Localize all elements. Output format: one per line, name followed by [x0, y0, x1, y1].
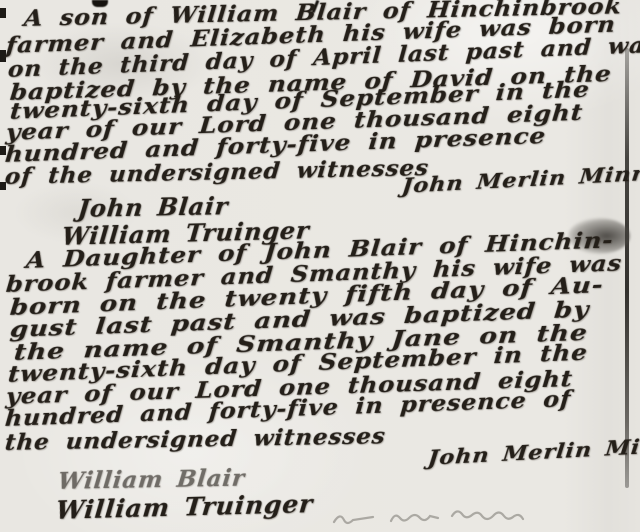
register-page-scan: A son of William Blair of Hinchinbrook f…	[0, 0, 640, 532]
witness-signature: William Truinger	[55, 489, 315, 525]
minister-signature: John Merlin Minr	[427, 433, 640, 470]
faint-ink-fragment	[330, 502, 580, 530]
witness-signature: William Blair	[57, 465, 247, 495]
page-fold-shadow	[625, 48, 629, 488]
minister-signature: John Merlin Minr	[401, 161, 640, 198]
edge-ink-tick	[0, 8, 6, 18]
entry2-line: the undersigned witnesses	[4, 423, 387, 456]
